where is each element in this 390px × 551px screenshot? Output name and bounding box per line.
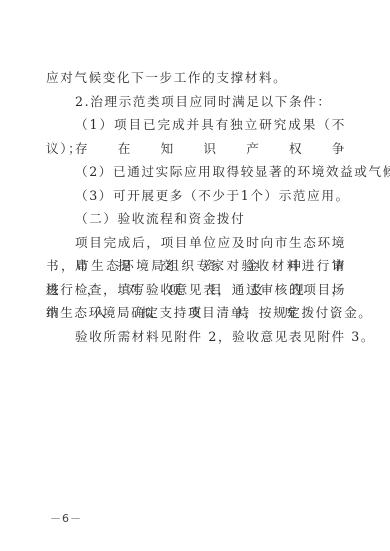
paragraph-line: 市生态环境局确定支持项目清单，按规定拨付资金。 [46, 301, 346, 325]
paragraph-line: 书，市生态环境局组织专家对验收材料进行审核，对项目及现场 [46, 254, 346, 278]
paragraph-line: 进行检查，填写验收意见表，通过审核的项目，纳入拟支持库。 [46, 278, 346, 302]
document-page: 应对气候变化下一步工作的支撑材料。 2.治理示范类项目应同时满足以下条件： （1… [46, 66, 346, 348]
paragraph-line: 应对气候变化下一步工作的支撑材料。 [46, 66, 346, 90]
page-number: －6－ [50, 510, 82, 526]
paragraph-line: 验收所需材料见附件 2，验收意见表见附件 3。 [46, 325, 346, 349]
paragraph-line: （3）可开展更多（不少于1个）示范应用。 [46, 184, 346, 208]
paragraph-line: （2）已通过实际应用取得较显著的环境效益或气候效益； [46, 160, 346, 184]
paragraph-line: （1）项目已完成并具有独立研究成果（不存在知识产权争 [46, 113, 346, 137]
paragraph-line: 2.治理示范类项目应同时满足以下条件： [46, 90, 346, 114]
paragraph-line: 项目完成后，项目单位应及时向市生态环境局提交资金申请 [46, 231, 346, 255]
section-heading: （二）验收流程和资金拨付 [46, 207, 346, 231]
